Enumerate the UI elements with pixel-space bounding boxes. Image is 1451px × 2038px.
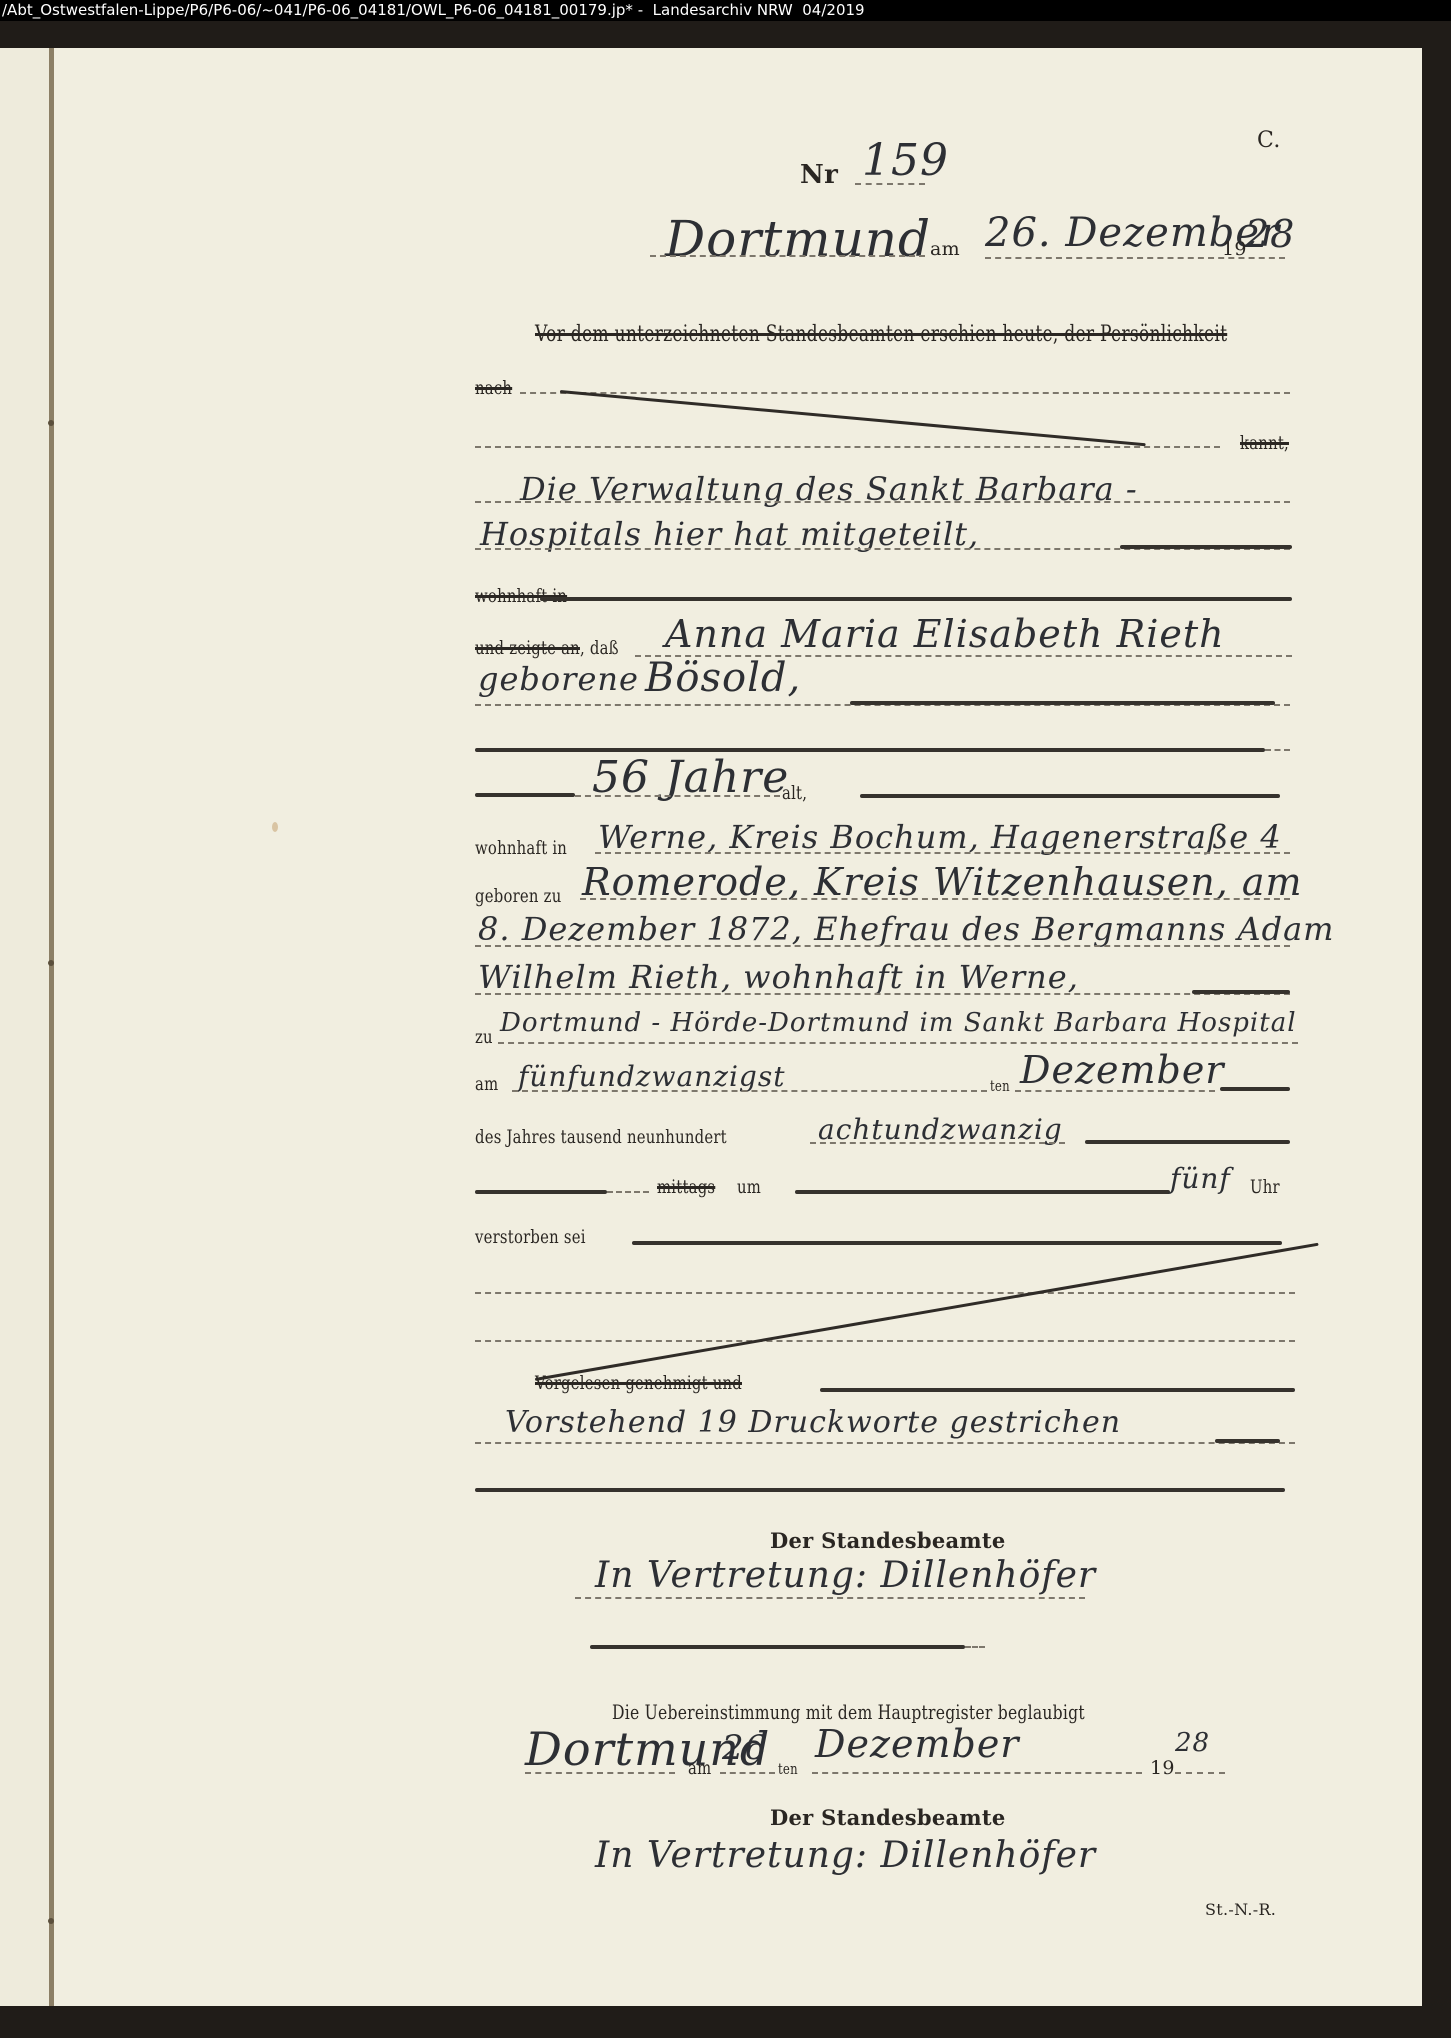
struck-vorgelesen: Vorgelesen genehmigt und	[535, 1372, 742, 1394]
fill-bar	[860, 794, 1280, 798]
form-line	[965, 1646, 985, 1648]
signature-line	[575, 1597, 1085, 1599]
cert-month: Dezember	[815, 1722, 1019, 1766]
correction-note: Vorstehend 19 Druckworte gestrichen	[505, 1405, 1121, 1440]
dass-label: , daß	[580, 637, 619, 659]
registrar-signature: In Vertretung: Dillenhöfer	[595, 1555, 1096, 1596]
residence-label: wohnhaft in	[475, 837, 567, 859]
cert-day: 26	[722, 1728, 767, 1768]
fill-bar	[475, 1488, 1285, 1492]
form-line	[498, 1042, 1298, 1044]
fill-bar	[632, 1241, 1282, 1245]
deceased-name: Anna Maria Elisabeth Rieth	[665, 612, 1225, 656]
place-line	[650, 255, 925, 257]
fill-bar	[1215, 1439, 1280, 1443]
fill-bar	[1192, 990, 1290, 994]
form-line	[580, 898, 1290, 900]
fill-bar	[850, 701, 1275, 705]
paper-stain	[272, 822, 278, 832]
year-hand: 28	[1245, 212, 1295, 256]
date-prefix: am	[930, 238, 960, 260]
born-prefix: geborene	[478, 660, 639, 698]
age-suffix: alt,	[782, 782, 807, 804]
death-day-label: am	[475, 1073, 498, 1095]
binding-hole	[48, 1918, 54, 1924]
spouse-line: Wilhelm Rieth, wohnhaft in Werne,	[478, 958, 1079, 996]
corner-mark: C.	[1257, 128, 1281, 153]
cert-ten: ten	[778, 1760, 798, 1778]
fill-bar	[820, 1388, 1295, 1392]
struck-wohnhaft: wohnhaft in	[475, 585, 567, 607]
form-line	[595, 852, 1290, 854]
death-place-label: zu	[475, 1026, 493, 1048]
form-line	[475, 1292, 1295, 1294]
death-month: Dezember	[1020, 1048, 1224, 1092]
form-line	[475, 1340, 1295, 1342]
registrar-title: Der Standesbeamte	[770, 1528, 1006, 1553]
form-line	[475, 446, 1220, 448]
form-line	[1175, 1772, 1225, 1774]
number-label: Nr	[800, 160, 838, 190]
form-line	[475, 1442, 1295, 1444]
struck-nach: nach	[475, 377, 512, 399]
form-line	[475, 993, 1290, 995]
death-place: Dortmund - Hörde-Dortmund im Sankt Barba…	[500, 1008, 1297, 1038]
registrar-signature-2: In Vertretung: Dillenhöfer	[595, 1835, 1096, 1876]
cert-year-printed: 19	[1150, 1757, 1175, 1779]
cert-year-hand: 28	[1175, 1728, 1210, 1758]
birth-date-line: 8. Dezember 1872, Ehefrau des Bergmanns …	[478, 910, 1335, 948]
form-line	[520, 392, 1290, 394]
form-line	[475, 945, 1290, 947]
time-label: um	[737, 1176, 761, 1198]
struck-intro-text: Vor dem unterzeichneten Standesbeamten e…	[535, 322, 1299, 347]
fill-bar	[795, 1190, 1170, 1194]
record-number: 159	[862, 135, 949, 186]
place-value: Dortmund	[665, 210, 931, 268]
fill-bar	[590, 1645, 965, 1649]
cert-am: am	[688, 1757, 711, 1779]
number-line	[855, 183, 925, 185]
form-code: St.-N.-R.	[1205, 1900, 1276, 1919]
binding-fold	[49, 48, 54, 2006]
fill-bar	[1120, 545, 1292, 549]
form-line	[720, 1772, 775, 1774]
form-line	[1015, 1090, 1215, 1092]
form-line	[607, 1191, 649, 1193]
struck-zeigte: und zeigte an	[475, 637, 580, 659]
certification-text: Die Uebereinstimmung mit dem Hauptregist…	[612, 1700, 1085, 1724]
death-month-label: ten	[990, 1077, 1010, 1095]
fill-bar	[1085, 1140, 1290, 1144]
form-line	[525, 1772, 675, 1774]
archive-path-bar: /Abt_Ostwestfalen-Lippe/P6/P6-06/~041/P6…	[0, 0, 1451, 21]
fill-bar	[540, 597, 1292, 601]
previous-page-edge	[0, 48, 50, 2006]
time-suffix: Uhr	[1250, 1176, 1280, 1198]
struck-mittags: mittags	[657, 1176, 715, 1198]
born-name: Bösold,	[645, 655, 801, 701]
form-line	[1265, 749, 1290, 751]
struck-kannt: kannt,	[1240, 432, 1289, 454]
form-line	[575, 795, 780, 797]
binding-hole	[48, 420, 54, 426]
form-line	[512, 1090, 987, 1092]
fill-bar	[475, 1190, 607, 1194]
fill-bar	[475, 793, 575, 797]
year-label: des Jahres tausend neunhundert	[475, 1126, 727, 1148]
died-label: verstorben sei	[475, 1226, 586, 1248]
fill-bar	[1220, 1087, 1290, 1091]
residence-value: Werne, Kreis Bochum, Hagenerstraße 4	[598, 818, 1282, 856]
birth-label: geboren zu	[475, 885, 561, 907]
form-line	[812, 1772, 1142, 1774]
date-line	[985, 257, 1285, 259]
binding-hole	[48, 960, 54, 966]
registrar-title-2: Der Standesbeamte	[770, 1805, 1006, 1830]
time-value: fünf	[1170, 1162, 1231, 1195]
form-line	[810, 1142, 1065, 1144]
form-line	[475, 501, 1290, 503]
death-day: fünfundzwanzigst	[518, 1060, 785, 1093]
